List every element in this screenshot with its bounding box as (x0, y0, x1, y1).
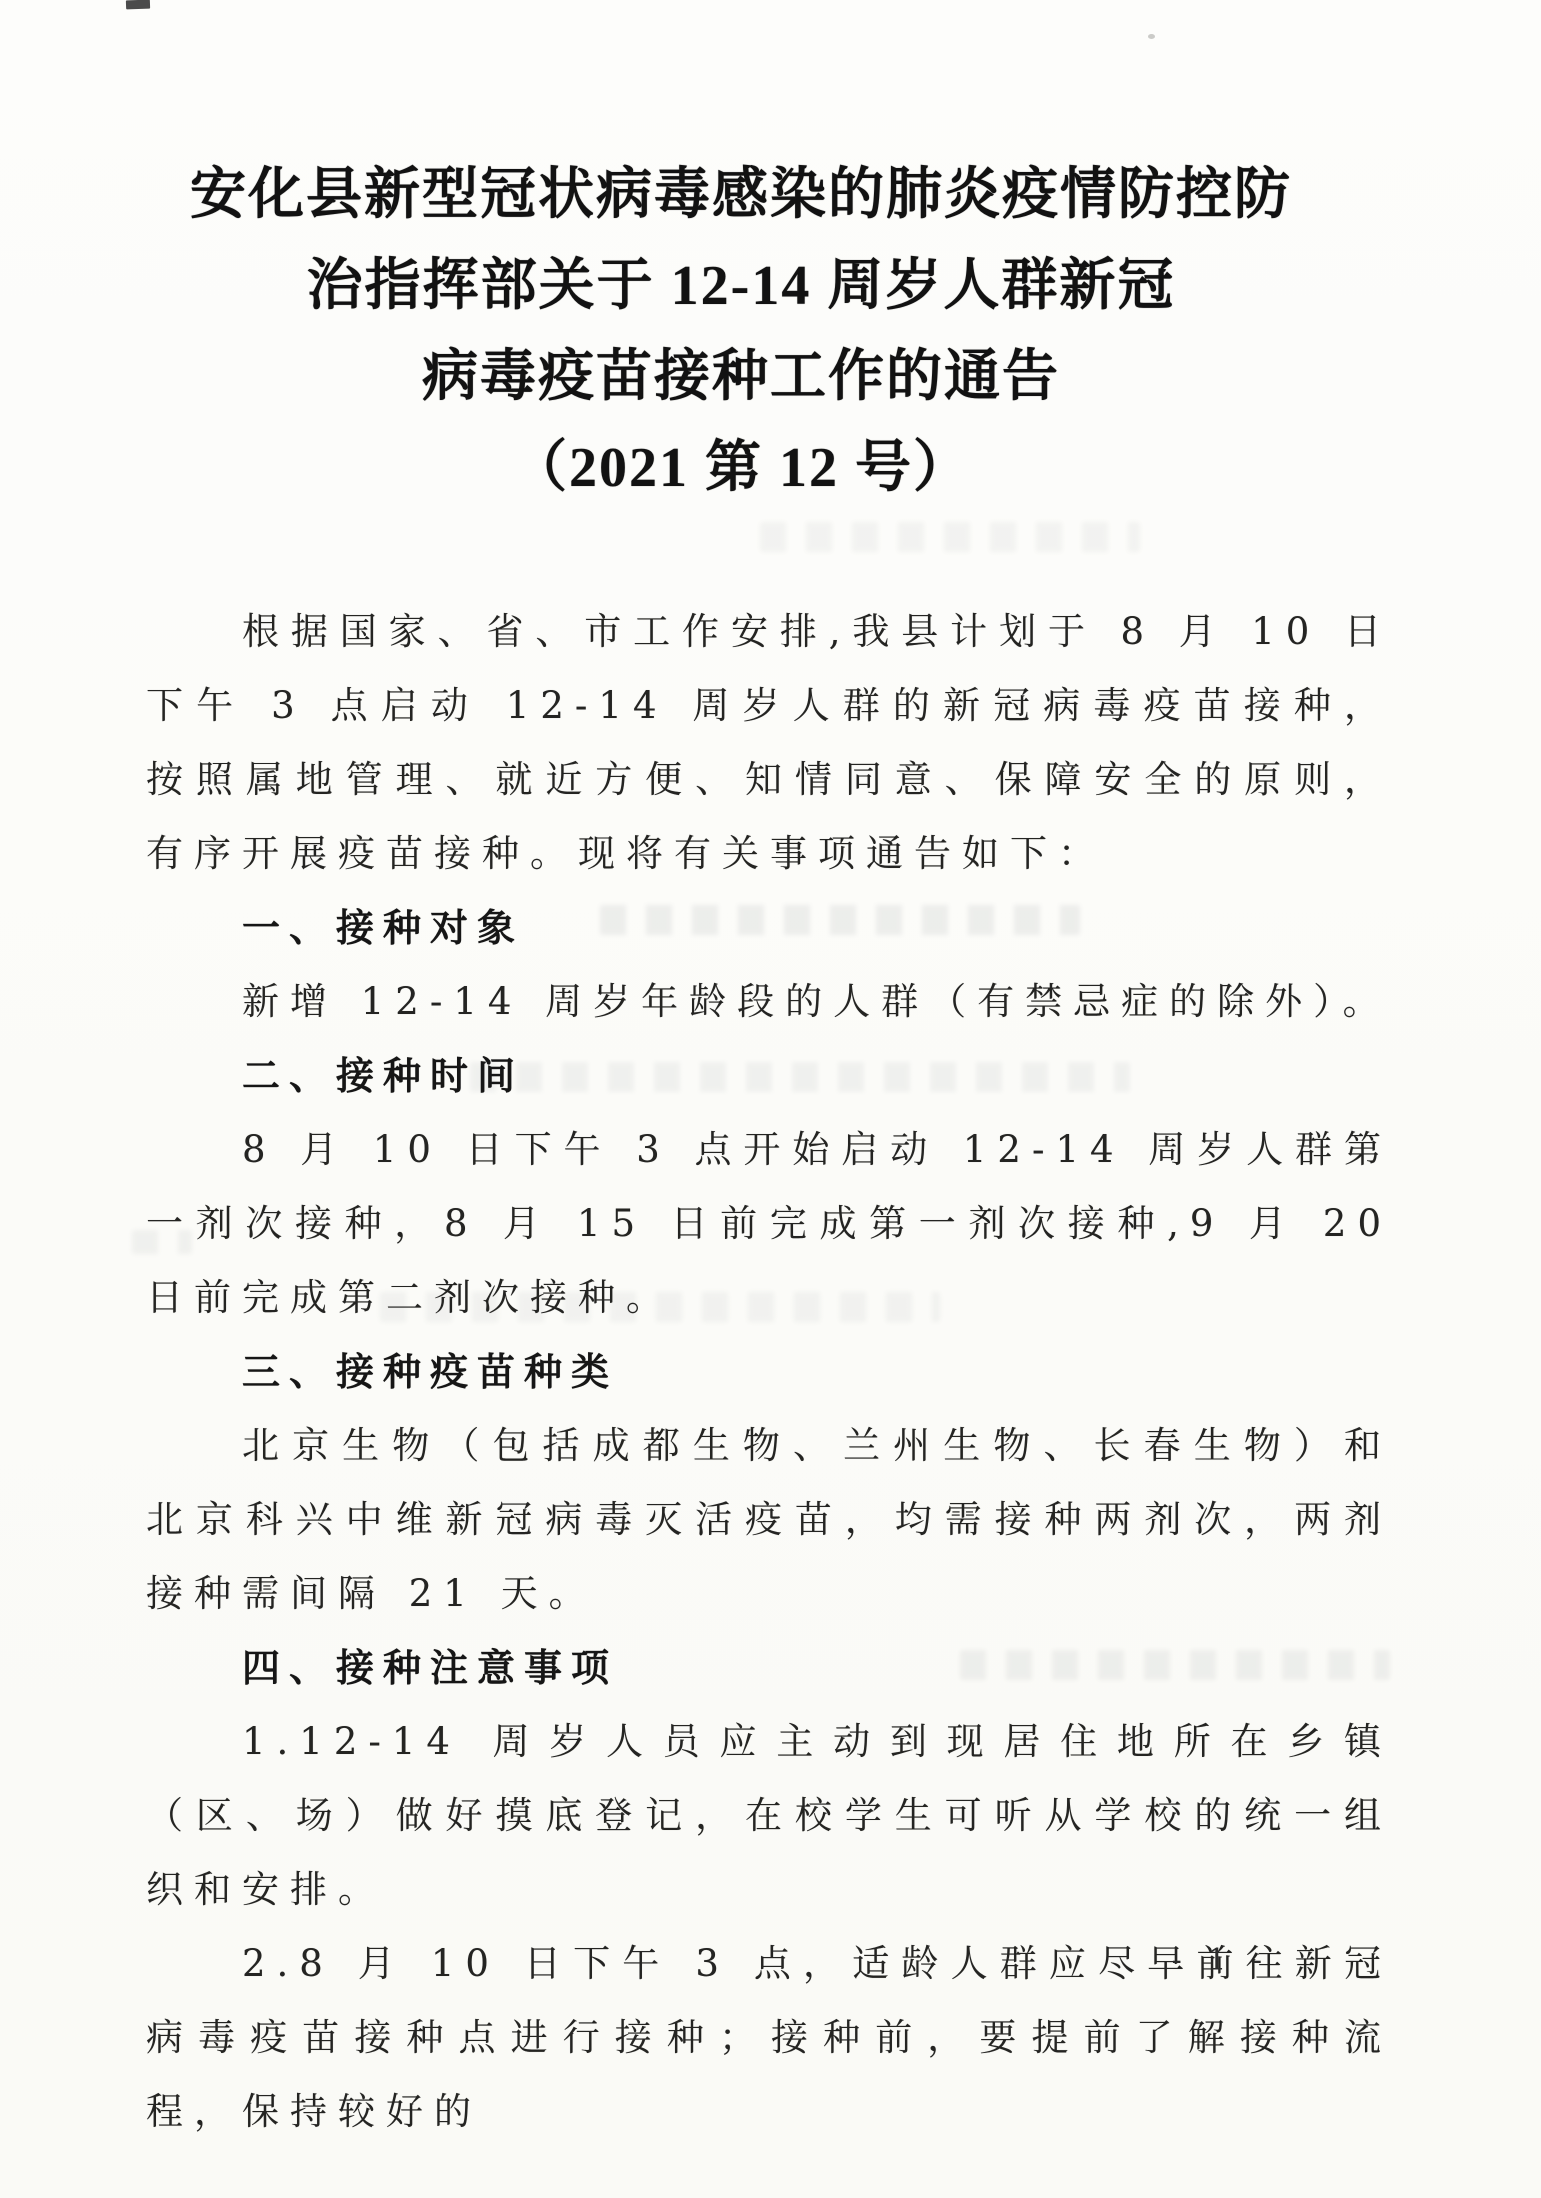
title-line-3: 病毒疫苗接种工作的通告 (118, 332, 1364, 423)
document-title: 安化县新型冠状病毒感染的肺炎疫情防控防 治指挥部关于 12-14 周岁人群新冠 … (118, 150, 1364, 514)
bleed-through-smudge (760, 522, 1140, 552)
section-4-heading: 四、接种注意事项 (146, 1631, 1392, 1705)
title-line-2: 治指挥部关于 12-14 周岁人群新冠 (118, 241, 1364, 332)
section-2-heading: 二、接种时间 (146, 1039, 1392, 1113)
section-3-paragraph-1: 北京生物（包括成都生物、兰州生物、长春生物）和北京科兴中维新冠病毒灭活疫苗，均需… (146, 1409, 1392, 1631)
scan-artifact-top-left (126, 0, 150, 9)
section-3-heading: 三、接种疫苗种类 (146, 1335, 1392, 1409)
title-line-4-doc-number: （2021 第 12 号） (118, 423, 1364, 514)
page-number: - 1 - (1172, 1943, 1270, 1978)
section-4-paragraph-1: 1.12-14 周岁人员应主动到现居住地所在乡镇（区、场）做好摸底登记，在校学生… (146, 1705, 1392, 1927)
section-1-paragraph-1: 新增 12-14 周岁年龄段的人群（有禁忌症的除外）。 (146, 965, 1392, 1039)
section-2-paragraph-1: 8 月 10 日下午 3 点开始启动 12-14 周岁人群第一剂次接种，8 月 … (146, 1113, 1392, 1335)
page-footer: - 1 - (1172, 1943, 1270, 1978)
scanned-notice-page: 安化县新型冠状病毒感染的肺炎疫情防控防 治指挥部关于 12-14 周岁人群新冠 … (0, 0, 1541, 2198)
document-body: 根据国家、省、市工作安排,我县计划于 8 月 10 日下午 3 点启动 12-1… (146, 595, 1392, 2149)
intro-paragraph: 根据国家、省、市工作安排,我县计划于 8 月 10 日下午 3 点启动 12-1… (146, 595, 1392, 891)
section-1-heading: 一、接种对象 (146, 891, 1392, 965)
scan-artifact-dot (1148, 34, 1155, 39)
title-line-1: 安化县新型冠状病毒感染的肺炎疫情防控防 (118, 150, 1364, 241)
